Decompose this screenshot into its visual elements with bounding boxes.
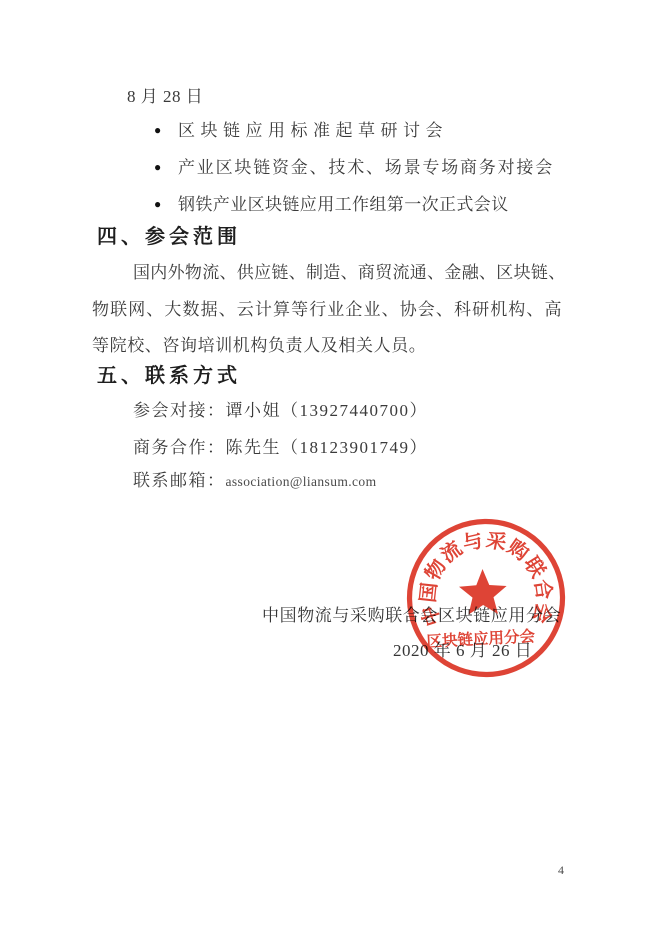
list-item-text: 产业区块链资金、技术、场景专场商务对接会 xyxy=(178,158,554,178)
bullet-icon: ● xyxy=(154,161,178,175)
list-item-text: 钢铁产业区块链应用工作组第一次正式会议 xyxy=(178,195,509,215)
list-item: ● 钢铁产业区块链应用工作组第一次正式会议 xyxy=(154,195,509,215)
page-number: 4 xyxy=(558,864,564,878)
star-icon xyxy=(459,569,507,615)
contact-value: 陈先生（18123901749） xyxy=(226,438,429,458)
contact-label: 联系邮箱： xyxy=(133,471,226,491)
contact-label: 参会对接： xyxy=(133,401,226,421)
stamp-seal: 中国物流与采购联合会 区块链应用分会 xyxy=(394,503,577,690)
contact-row: 联系邮箱： association@liansum.com xyxy=(133,471,376,491)
contact-row: 参会对接： 谭小姐（13927440700） xyxy=(133,401,428,421)
list-item: ● 产业区块链资金、技术、场景专场商务对接会 xyxy=(154,158,554,178)
section-heading-contact: 五、联系方式 xyxy=(97,365,241,388)
bullet-icon: ● xyxy=(154,198,178,212)
contact-label: 商务合作： xyxy=(133,438,226,458)
contact-email: association@liansum.com xyxy=(226,474,377,490)
list-item-text: 区块链应用标准起草研讨会 xyxy=(178,121,448,141)
date-heading: 8 月 28 日 xyxy=(127,87,203,107)
list-item: ● 区块链应用标准起草研讨会 xyxy=(154,121,448,141)
bullet-icon: ● xyxy=(154,124,178,138)
paragraph-line: 国内外物流、供应链、制造、商贸流通、金融、区块链、 xyxy=(133,263,566,283)
paragraph-line: 等院校、咨询培训机构负责人及相关人员。 xyxy=(92,336,426,356)
section-heading-scope: 四、参会范围 xyxy=(97,226,241,249)
contact-value: 谭小姐（13927440700） xyxy=(226,401,429,421)
stamp-banner-text: 区块链应用分会 xyxy=(426,626,536,651)
contact-row: 商务合作： 陈先生（18123901749） xyxy=(133,438,428,458)
document-page: 8 月 28 日 ● 区块链应用标准起草研讨会 ● 产业区块链资金、技术、场景专… xyxy=(0,0,662,936)
paragraph-line: 物联网、大数据、云计算等行业企业、协会、科研机构、高 xyxy=(92,300,563,320)
